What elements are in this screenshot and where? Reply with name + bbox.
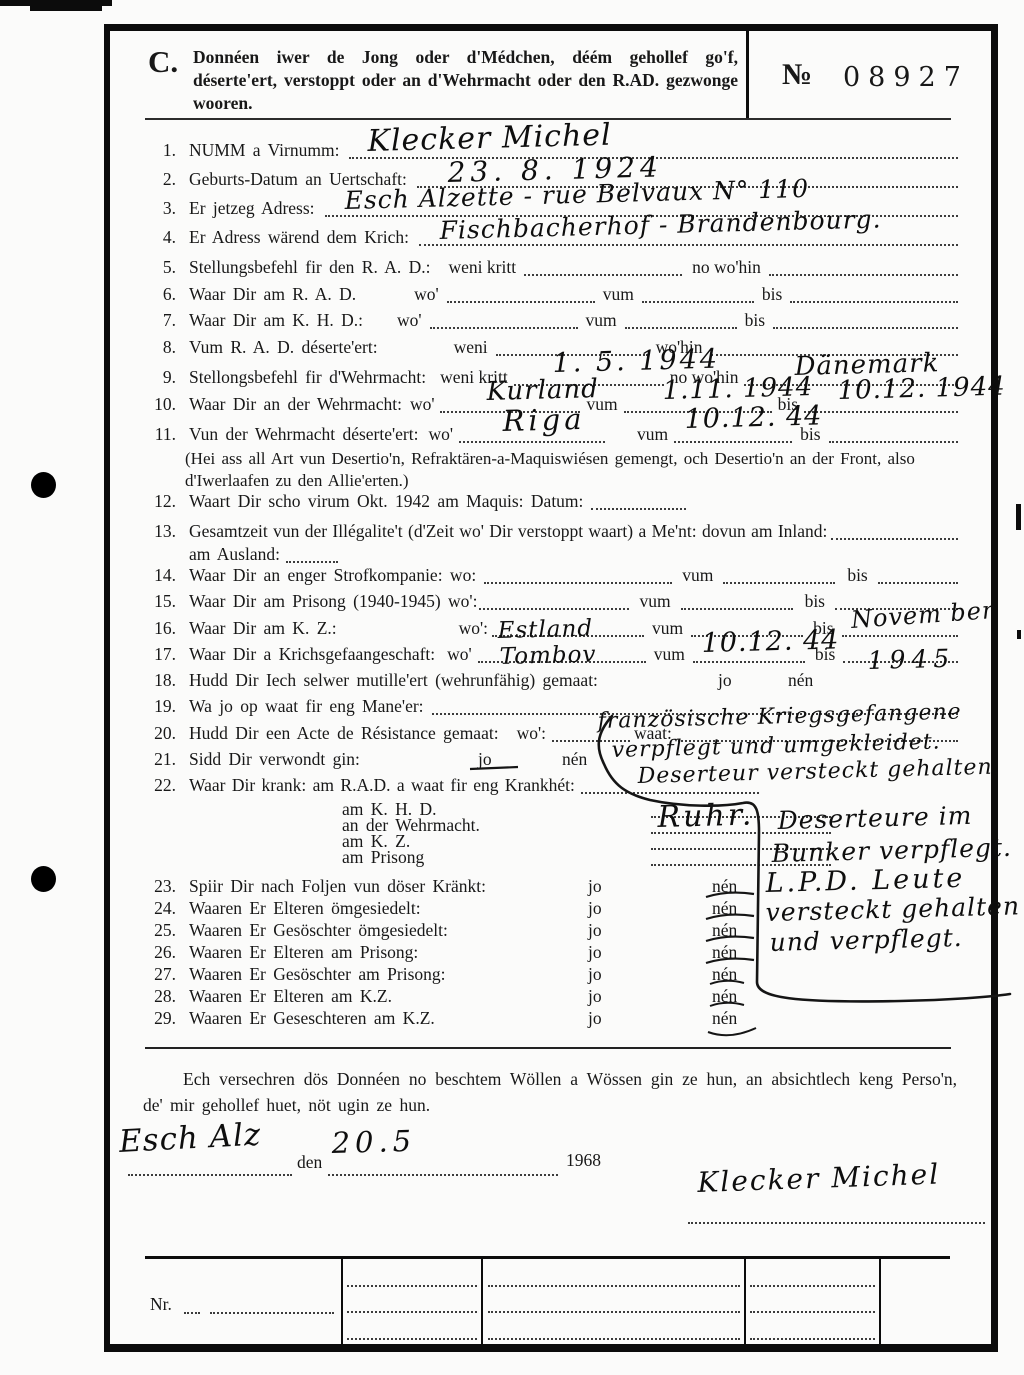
field-label: bis: [762, 284, 782, 305]
item-number: 2.: [146, 169, 176, 190]
dotted-blank: [459, 439, 605, 443]
field-label: wo': [429, 424, 454, 445]
year-label: 1968: [566, 1150, 601, 1171]
item-number: 29.: [146, 1008, 176, 1029]
item-label: Waaren Er Elteren am Prisong:: [189, 942, 418, 963]
form-border-bottom: [104, 1344, 998, 1352]
dotted-blank: [750, 1309, 875, 1313]
item-number: 24.: [146, 898, 176, 919]
form-border-left: [104, 24, 110, 1352]
item-label: Gesamtzeit vun der Illégalite't (d'Zeit …: [189, 521, 827, 542]
item-label: Hudd Dir Iech selwer mutille'ert (wehrun…: [189, 670, 598, 691]
form-row-27: 27. Waaren Er Gesöschter am Prisong: jo …: [146, 964, 958, 986]
scan-artifact: [1017, 630, 1021, 639]
field-label: wo': [447, 644, 472, 665]
answer-jo: jo: [588, 1008, 602, 1029]
item-number: 27.: [146, 964, 176, 985]
place-blank: [128, 1172, 292, 1176]
answer-nen: nén: [712, 942, 737, 963]
dotted-blank: [681, 606, 793, 610]
form-row-15: 15. Waar Dir am Prisong (1940-1945) wo':…: [146, 591, 958, 613]
dotted-blank: [769, 272, 958, 276]
handwriting-date-signed: 20.5: [331, 1124, 416, 1160]
item-label: Stellungsbefehl fir den R. A. D.:: [189, 257, 431, 278]
answer-nen: nén: [712, 920, 737, 941]
dotted-blank: [286, 559, 338, 563]
item-number: 5.: [146, 257, 176, 278]
item-label: am Ausland:: [189, 544, 280, 565]
form-border-right: [991, 24, 998, 1352]
dotted-blank: [674, 439, 792, 443]
item-label: Er Adress wärend dem Krich:: [189, 227, 409, 248]
item-label: Wa jo op waat fir eng Mane'er:: [189, 696, 424, 717]
handwriting-annotation: versteckt gehalten: [765, 891, 1020, 927]
footer-table-divider: [481, 1259, 483, 1346]
dotted-blank: [642, 299, 754, 303]
form-row-12: 12. Waart Dir scho virum Okt. 1942 am Ma…: [146, 491, 958, 513]
item-number: 23.: [146, 876, 176, 897]
handwriting-annotation: Bunker verpflegt.: [771, 833, 1012, 868]
answer-nen: nén: [712, 876, 737, 897]
dotted-blank: [790, 299, 958, 303]
item-label: Waar Dir krank: am R.A.D. a waat fir eng…: [189, 775, 575, 796]
item-label: Waaren Er Elteren am K.Z.: [189, 986, 392, 1007]
item-number: 11.: [146, 424, 176, 445]
item-label: Waar Dir a Krichsgefaangeschaft:: [189, 644, 435, 665]
dotted-blank: [347, 1283, 477, 1287]
scan-artifact: [30, 4, 102, 11]
dotted-blank: [488, 1336, 740, 1340]
item-number: 26.: [146, 942, 176, 963]
item-number: 3.: [146, 198, 176, 219]
form-row-6: 6. Waar Dir am R. A. D. wo' vum bis: [146, 284, 958, 306]
item-number: 9.: [146, 367, 176, 388]
dotted-blank: [347, 1309, 477, 1313]
field-label: wo': [414, 284, 439, 305]
item-number: 19.: [146, 696, 176, 717]
handwriting-signature: Klecker Michel: [697, 1158, 941, 1199]
field-label: no wo'hin: [692, 257, 761, 278]
handwriting-place: Riga: [502, 402, 586, 438]
item-label: Waaren Er Gesöschter am Prisong:: [189, 964, 446, 985]
handwriting-annotation: Deserteure im: [777, 801, 972, 835]
item-number: 6.: [146, 284, 176, 305]
dotted-blank: [625, 325, 737, 329]
form-row-5: 5. Stellungsbefehl fir den R. A. D.: wen…: [146, 257, 958, 279]
item-label: Hudd Dir een Acte de Résistance gemaat:: [189, 723, 499, 744]
form-row-14: 14. Waar Dir an enger Strofkompanie: wo:…: [146, 565, 958, 587]
item-number: 22.: [146, 775, 176, 796]
item-label: Waar Dir am K. Z.:: [189, 618, 337, 639]
item-number: 21.: [146, 749, 176, 770]
item-number: 12.: [146, 491, 176, 512]
item-label: Waar Dir an enger Strofkompanie: wo:: [189, 565, 476, 586]
punch-hole: [31, 866, 56, 892]
dotted-blank: [210, 1310, 334, 1314]
field-label: wo':: [459, 618, 488, 639]
dotted-blank: [804, 409, 958, 413]
date-blank: [328, 1172, 558, 1176]
form-row-28: 28. Waaren Er Elteren am K.Z. jo nén: [146, 986, 958, 1008]
field-label: vum: [682, 565, 713, 586]
field-label: bis: [745, 310, 765, 331]
punch-hole: [31, 472, 56, 498]
form-border-top: [104, 24, 998, 31]
item-label: NUMM a Virnumm:: [189, 140, 339, 161]
item-number: 8.: [146, 337, 176, 358]
field-label: weni kritt: [449, 257, 517, 278]
footer-table-divider: [341, 1259, 343, 1346]
item-number: 15.: [146, 591, 176, 612]
footer-table-divider: [744, 1259, 746, 1346]
answer-nen: nén: [562, 749, 587, 770]
dotted-blank: [591, 506, 686, 510]
answer-nen: nén: [712, 1008, 737, 1029]
item-number: 20.: [146, 723, 176, 744]
item-label: Waar Dir am Prisong (1940-1945) wo':: [189, 591, 477, 612]
answer-jo: jo: [588, 898, 602, 919]
form-row-13: 13. Gesamtzeit vun der Illégalite't (d'Z…: [146, 521, 958, 543]
item-label: Sidd Dir verwondt gin:: [189, 749, 360, 770]
field-label: wo': [410, 394, 435, 415]
signature-blank: [688, 1220, 985, 1224]
dotted-blank: [184, 1310, 200, 1314]
handwriting-place: Tombov: [499, 641, 596, 670]
item-number: 17.: [146, 644, 176, 665]
dotted-blank: [750, 1336, 875, 1340]
dotted-blank: [723, 580, 835, 584]
field-label: bis: [847, 565, 867, 586]
item-label: Waaren Er Elteren ömgesiedelt:: [189, 898, 421, 919]
form-row-11-note: (Hei ass all Art vun Desertio'n, Refrakt…: [185, 448, 967, 493]
item-label: Waaren Er Geseschteren am K.Z.: [189, 1008, 435, 1029]
handwriting-annotation: und verpflegt.: [769, 923, 963, 957]
item-label: Waar Dir an der Wehrmacht:: [189, 394, 402, 415]
handwriting-ruhr: Ruhr.: [657, 797, 755, 835]
dotted-blank: [347, 1336, 477, 1340]
item-label: Er jetzeg Adress:: [189, 198, 315, 219]
dotted-blank: [750, 1283, 875, 1287]
item-label: Waaren Er Gesöschter ömgesiedelt:: [189, 920, 448, 941]
form-row-13b: am Ausland:: [146, 544, 958, 566]
form-row-29: 29. Waaren Er Geseschteren am K.Z. jo né…: [146, 1008, 958, 1030]
answer-jo: jo: [718, 670, 732, 691]
handwriting-date: 10.12. 44: [684, 400, 823, 435]
footer-table-divider: [879, 1259, 881, 1346]
answer-jo: jo: [478, 749, 492, 770]
field-label: vum: [654, 644, 685, 665]
section-rule: [145, 1047, 951, 1049]
sub-label: am Prisong: [342, 847, 424, 868]
dotted-blank: [842, 633, 958, 637]
answer-jo: jo: [588, 942, 602, 963]
field-label: vum: [637, 424, 668, 445]
item-number: 25.: [146, 920, 176, 941]
field-label: vum: [586, 310, 617, 331]
form-row-18: 18. Hudd Dir Iech selwer mutille'ert (we…: [146, 670, 958, 692]
answer-jo: jo: [588, 920, 602, 941]
dotted-blank: [581, 790, 759, 794]
dotted-blank: [488, 1283, 740, 1287]
field-label: weni: [454, 337, 488, 358]
number-label: №: [782, 58, 812, 92]
handwriting-place: Estland: [497, 616, 593, 644]
handwriting-date: 10.12. 1944: [837, 372, 1006, 406]
declaration-text: Ech versechren dös Donnéen no beschtem W…: [143, 1066, 957, 1119]
footer-table-top-border: [145, 1256, 950, 1259]
item-number: 1.: [146, 140, 176, 161]
field-label: vum: [603, 284, 634, 305]
scan-artifact: [1016, 504, 1021, 530]
answer-nen: nén: [712, 986, 737, 1007]
date-den-label: den: [297, 1152, 322, 1173]
dotted-blank: [831, 536, 958, 540]
dotted-blank: [773, 325, 958, 329]
item-number: 13.: [146, 521, 176, 542]
form-header-text: Donnéen iwer de Jong oder d'Médchen, déé…: [193, 46, 738, 115]
handwriting-year: 1945: [867, 644, 955, 675]
item-label: Vun der Wehrmacht déserte'ert:: [189, 424, 419, 445]
item-label: Waar Dir am K. H. D.:: [189, 310, 363, 331]
dotted-blank: [693, 659, 805, 663]
item-number: 14.: [146, 565, 176, 586]
answer-nen: nén: [788, 670, 813, 691]
form-row-7: 7. Waar Dir am K. H. D.: wo' vum bis: [146, 310, 958, 332]
field-label: wo':: [517, 723, 546, 744]
footer-nr-label: Nr.: [150, 1294, 172, 1315]
item-label: Vum R. A. D. déserte'ert:: [189, 337, 378, 358]
dotted-blank: [447, 299, 595, 303]
answer-jo: jo: [588, 876, 602, 897]
handwriting-place-signed: Esch Alz: [118, 1117, 262, 1160]
field-label: wo': [397, 310, 422, 331]
item-number: 10.: [146, 394, 176, 415]
item-number: 18.: [146, 670, 176, 691]
answer-jo: jo: [588, 964, 602, 985]
dotted-blank: [488, 1309, 740, 1313]
dotted-blank: [829, 439, 958, 443]
section-letter: C.: [148, 44, 178, 80]
dotted-blank: [878, 580, 958, 584]
answer-nen: nén: [712, 898, 737, 919]
handwriting-date: 10.12. 44: [701, 624, 840, 659]
item-label: Waar Dir am R. A. D.: [189, 284, 356, 305]
item-number: 7.: [146, 310, 176, 331]
dotted-blank: [430, 325, 578, 329]
form-serial-number: 08927: [843, 62, 969, 93]
item-label: Spiir Dir nach Foljen vun döser Kränkt:: [189, 876, 486, 897]
scanned-form-page: C. Donnéen iwer de Jong oder d'Médchen, …: [0, 0, 1024, 1375]
dotted-blank: [479, 606, 629, 610]
item-number: 28.: [146, 986, 176, 1007]
field-label: vum: [652, 618, 683, 639]
item-number: 4.: [146, 227, 176, 248]
item-number: 16.: [146, 618, 176, 639]
item-label: Stellongsbefehl fir d'Wehrmacht:: [189, 367, 426, 388]
field-label: vum: [639, 591, 670, 612]
dotted-blank: [524, 272, 682, 276]
field-label: bis: [805, 591, 825, 612]
header-divider: [746, 30, 749, 119]
item-label: Waart Dir scho virum Okt. 1942 am Maquis…: [189, 491, 583, 512]
answer-nen: nén: [712, 964, 737, 985]
dotted-blank: [484, 580, 672, 584]
answer-jo: jo: [588, 986, 602, 1007]
